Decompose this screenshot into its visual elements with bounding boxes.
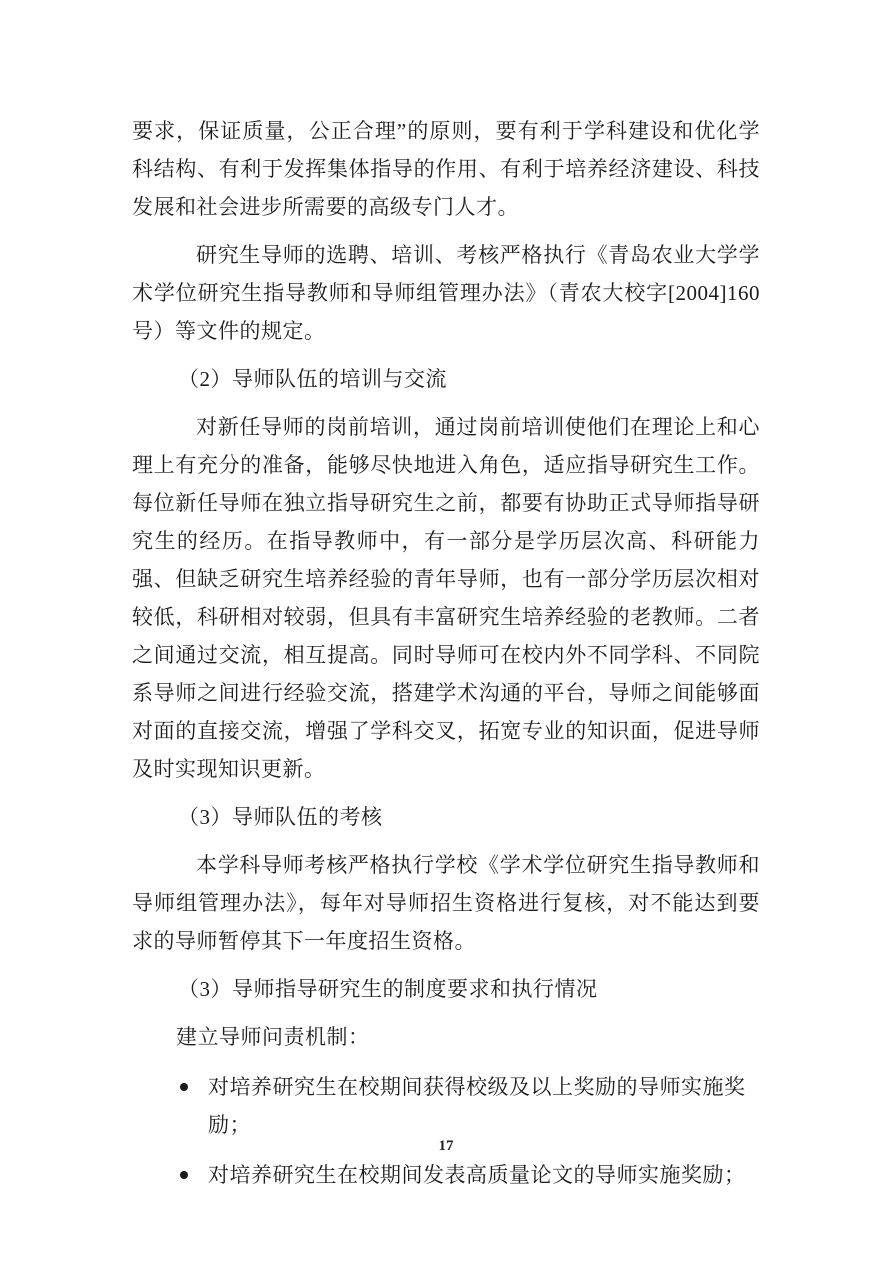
bullet-icon — [180, 1171, 188, 1179]
paragraph-principles: 要求，保证质量，公正合理”的原则，要有利于学科建设和优化学科结构、有利于发挥集体… — [132, 112, 760, 226]
section-heading-training-exchange: （2）导师队伍的培训与交流 — [132, 360, 760, 398]
page-number: 17 — [0, 1138, 892, 1155]
paragraph-pre-job-training: 对新任导师的岗前培训，通过岗前培训使他们在理论上和心理上有充分的准备，能够尽快地… — [132, 408, 760, 788]
document-page: 要求，保证质量，公正合理”的原则，要有利于学科建设和优化学科结构、有利于发挥集体… — [0, 0, 892, 1261]
paragraph-assessment-detail: 本学科导师考核严格执行学校《学术学位研究生指导教师和导师组管理办法》，每年对导师… — [132, 846, 760, 960]
list-item: 对培养研究生在校期间发表高质量论文的导师实施奖励； — [132, 1156, 760, 1194]
section-heading-guidance-system: （3）导师指导研究生的制度要求和执行情况 — [132, 970, 760, 1008]
subheading-accountability-mechanism: 建立导师问责机制： — [132, 1018, 760, 1056]
section-heading-assessment: （3）导师队伍的考核 — [132, 798, 760, 836]
paragraph-supervisor-selection: 研究生导师的选聘、培训、考核严格执行《青岛农业大学学术学位研究生指导教师和导师组… — [132, 236, 760, 350]
list-item: 对培养研究生在校期间获得校级及以上奖励的导师实施奖励； — [132, 1068, 760, 1144]
text-content: 要求，保证质量，公正合理”的原则，要有利于学科建设和优化学科结构、有利于发挥集体… — [132, 112, 760, 1194]
list-item-text: 对培养研究生在校期间获得校级及以上奖励的导师实施奖励； — [208, 1075, 746, 1137]
list-item-text: 对培养研究生在校期间发表高质量论文的导师实施奖励； — [208, 1163, 746, 1187]
bullet-icon — [180, 1083, 188, 1091]
